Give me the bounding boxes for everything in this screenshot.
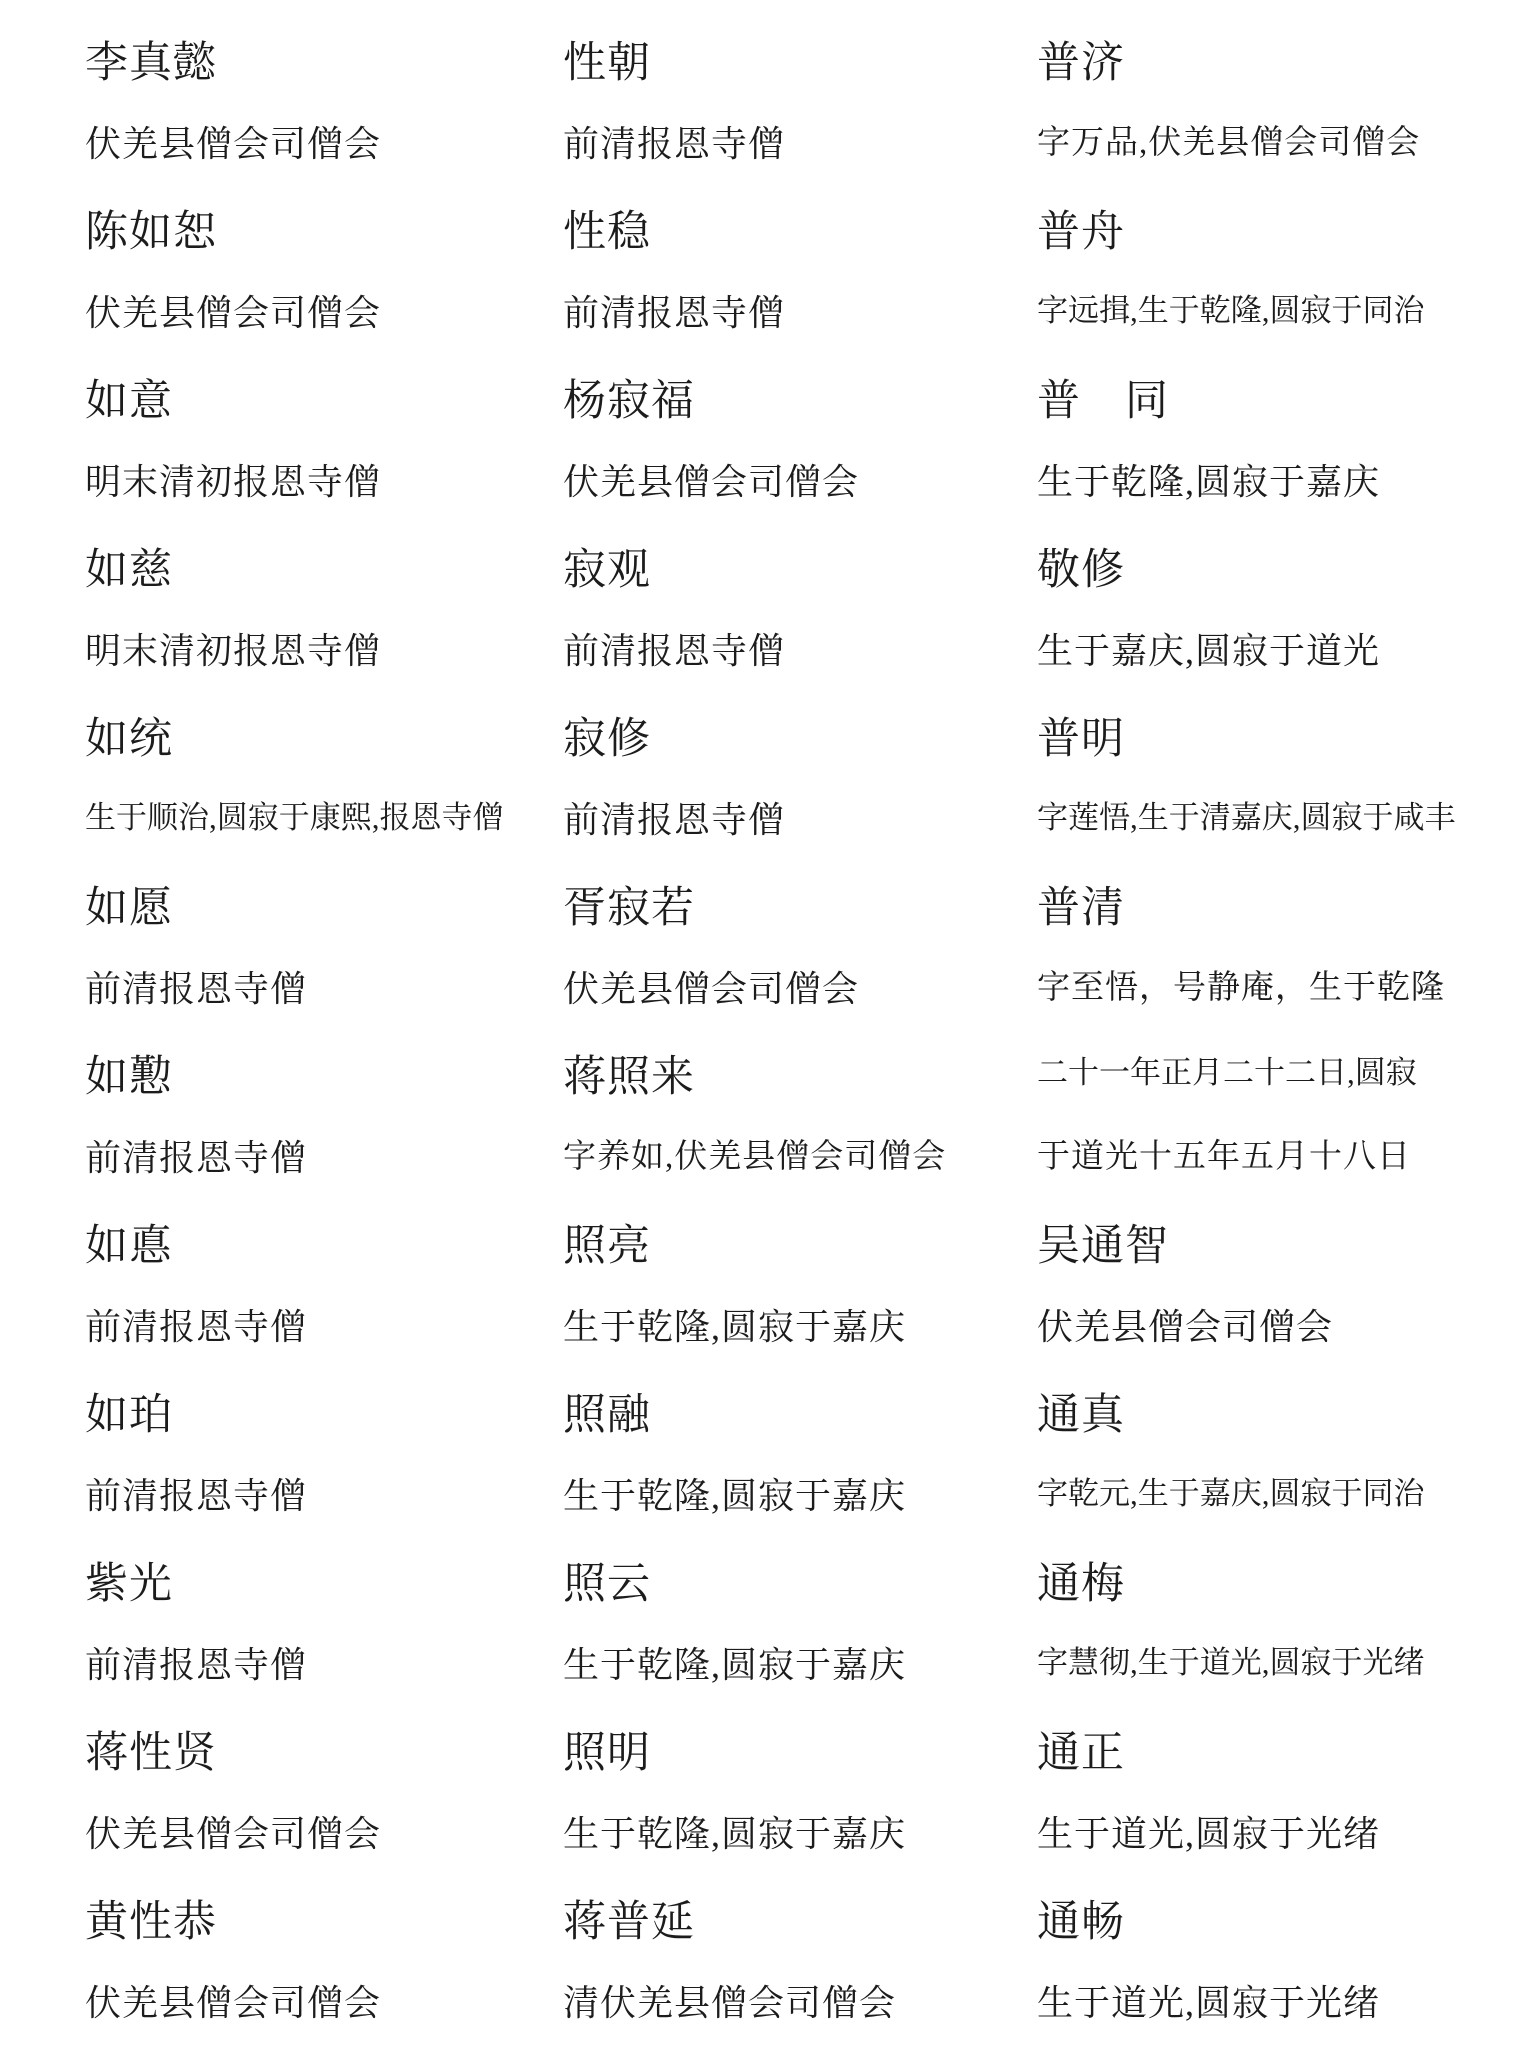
monk-description: 伏羌县僧会司僧会 [85, 293, 381, 333]
monk-description: 前清报恩寺僧 [85, 1138, 307, 1178]
monk-description: 字万品,伏羌县僧会司僧会 [1037, 124, 1420, 162]
monk-description: 明末清初报恩寺僧 [85, 462, 381, 502]
monk-name: 胥寂若 [563, 886, 695, 932]
monk-name: 蒋普延 [563, 1900, 695, 1946]
monk-description: 生于乾隆,圆寂于嘉庆 [563, 1645, 906, 1685]
monk-description: 明末清初报恩寺僧 [85, 631, 381, 671]
monk-name: 如统 [85, 717, 173, 763]
monk-description: 字远揖,生于乾隆,圆寂于同治 [1037, 293, 1425, 329]
monk-name: 普明 [1037, 717, 1125, 763]
monk-description: 伏羌县僧会司僧会 [563, 462, 859, 502]
monk-name: 普 同 [1037, 379, 1169, 425]
monk-description: 字至悟，号静庵，生于乾隆 [1037, 969, 1445, 1007]
monk-description: 生于乾隆,圆寂于嘉庆 [563, 1476, 906, 1516]
monk-description: 清伏羌县僧会司僧会 [563, 1983, 896, 2023]
monk-description: 生于道光,圆寂于光绪 [1037, 1814, 1380, 1854]
monk-name: 如慈 [85, 548, 173, 594]
monk-name: 敬修 [1037, 548, 1125, 594]
monk-name: 通真 [1037, 1393, 1125, 1439]
monk-name: 通梅 [1037, 1562, 1125, 1608]
monk-name: 照亮 [563, 1224, 651, 1270]
monk-name: 照明 [563, 1731, 651, 1777]
monk-name: 寂修 [563, 717, 651, 763]
monk-description: 前清报恩寺僧 [85, 1645, 307, 1685]
monk-description: 前清报恩寺僧 [563, 293, 785, 333]
monk-description: 伏羌县僧会司僧会 [1037, 1307, 1333, 1347]
monk-name: 普清 [1037, 886, 1125, 932]
monk-description: 前清报恩寺僧 [563, 631, 785, 671]
monk-description: 二十一年正月二十二日,圆寂 [1037, 1055, 1417, 1091]
monk-description: 伏羌县僧会司僧会 [85, 124, 381, 164]
monk-description: 前清报恩寺僧 [85, 1307, 307, 1347]
monk-name: 照云 [563, 1562, 651, 1608]
monk-description: 前清报恩寺僧 [563, 124, 785, 164]
monk-name: 寂观 [563, 548, 651, 594]
monk-name: 黄性恭 [85, 1900, 217, 1946]
monk-description: 生于乾隆,圆寂于嘉庆 [563, 1307, 906, 1347]
monk-description: 生于嘉庆,圆寂于道光 [1037, 631, 1380, 671]
monk-description: 生于乾隆,圆寂于嘉庆 [1037, 462, 1380, 502]
monk-name: 陈如恕 [85, 210, 217, 256]
monk-name: 普济 [1037, 41, 1125, 87]
monk-name: 性稳 [563, 210, 651, 256]
monk-name: 蒋照来 [563, 1055, 695, 1101]
monk-description: 生于道光,圆寂于光绪 [1037, 1983, 1380, 2023]
monk-name: 如意 [85, 379, 173, 425]
monk-name: 普舟 [1037, 210, 1125, 256]
monk-description: 生于乾隆,圆寂于嘉庆 [563, 1814, 906, 1854]
monk-name: 紫光 [85, 1562, 173, 1608]
monk-name: 通畅 [1037, 1900, 1125, 1946]
monk-name: 性朝 [563, 41, 651, 87]
monk-description: 前清报恩寺僧 [85, 969, 307, 1009]
monk-name: 如悳 [85, 1224, 173, 1270]
monk-description: 前清报恩寺僧 [85, 1476, 307, 1516]
monk-description: 伏羌县僧会司僧会 [563, 969, 859, 1009]
monk-name: 杨寂福 [563, 379, 695, 425]
monk-name: 蒋性贤 [85, 1731, 217, 1777]
monk-name: 吴通智 [1037, 1224, 1169, 1270]
monk-name: 通正 [1037, 1731, 1125, 1777]
monk-description: 于道光十五年五月十八日 [1037, 1138, 1411, 1176]
monk-description: 字慧彻,生于道光,圆寂于光绪 [1037, 1645, 1425, 1681]
monk-name: 如珀 [85, 1393, 173, 1439]
monk-description: 伏羌县僧会司僧会 [85, 1814, 381, 1854]
monk-name: 李真懿 [85, 41, 217, 87]
monk-description: 前清报恩寺僧 [563, 800, 785, 840]
monk-description: 字乾元,生于嘉庆,圆寂于同治 [1037, 1476, 1425, 1512]
monk-description: 字莲悟,生于清嘉庆,圆寂于咸丰 [1037, 800, 1456, 836]
monk-name: 照融 [563, 1393, 651, 1439]
roster-page: 李真懿伏羌县僧会司僧会陈如恕伏羌县僧会司僧会如意明末清初报恩寺僧如慈明末清初报恩… [0, 0, 1527, 2049]
monk-description: 伏羌县僧会司僧会 [85, 1983, 381, 2023]
monk-name: 如懃 [85, 1055, 173, 1101]
monk-description: 字养如,伏羌县僧会司僧会 [563, 1138, 946, 1176]
monk-name: 如愿 [85, 886, 173, 932]
monk-description: 生于顺治,圆寂于康熙,报恩寺僧 [85, 800, 504, 836]
